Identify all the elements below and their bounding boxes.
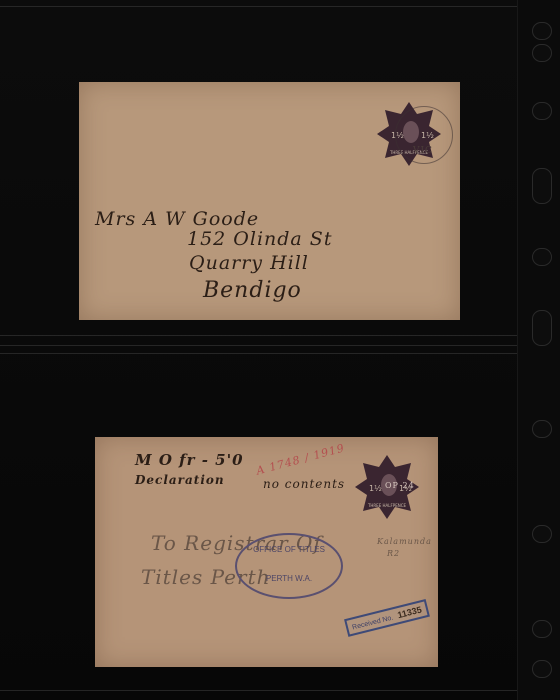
- sleeve-divider: [0, 335, 560, 336]
- registration-label-text: Received No.: [352, 615, 394, 632]
- address-line-3: Quarry Hill: [189, 252, 309, 274]
- registration-number: 11335: [396, 604, 422, 620]
- address-line-2: 152 Olinda St: [187, 228, 332, 250]
- registration-label: Received No. 11335: [344, 599, 429, 637]
- punch-hole: [532, 22, 552, 40]
- punch-hole: [532, 525, 552, 543]
- office-of-titles-handstamp: OFFICE OF TITLES PERTH W.A.: [235, 533, 343, 599]
- envelope-top: 1½ 1½ THREE HALFPENCE VIC Mrs A W Goode …: [79, 82, 460, 320]
- punch-hole: [532, 44, 552, 62]
- note-declaration: Declaration: [135, 473, 225, 487]
- address-line-1: Mrs A W Goode: [95, 208, 259, 230]
- album-page: 1½ 1½ THREE HALFPENCE VIC Mrs A W Goode …: [0, 0, 560, 700]
- svg-text:1½: 1½: [369, 484, 382, 493]
- note-red-reference: A 1748 / 1919: [255, 441, 346, 477]
- sleeve-divider: [0, 353, 560, 354]
- stamp-cancel: OP 24: [385, 481, 415, 490]
- note-money-order: M O fr - 5'0: [135, 451, 244, 469]
- punch-hole: [532, 102, 552, 120]
- address-line-4: Bendigo: [203, 278, 302, 303]
- sleeve-edge: [0, 690, 560, 691]
- punch-hole: [532, 248, 552, 266]
- svg-text:THREE HALFPENCE: THREE HALFPENCE: [367, 503, 407, 508]
- punch-hole: [532, 168, 552, 204]
- sleeve-edge: [0, 6, 560, 7]
- note-no-contents: no contents: [263, 477, 345, 491]
- handstamp-top-text: OFFICE OF TITLES: [237, 545, 341, 554]
- punch-hole: [532, 620, 552, 638]
- punch-hole: [532, 420, 552, 438]
- punch-hole: [532, 660, 552, 678]
- postmark-text: VIC: [413, 146, 433, 156]
- envelope-bottom: 1½ 1½ THREE HALFPENCE OP 24 M O fr - 5'0…: [95, 437, 438, 667]
- pencil-note-2: R2: [387, 549, 400, 558]
- handstamp-bottom-text: PERTH W.A.: [237, 574, 341, 583]
- binder-rail: [517, 0, 560, 700]
- pencil-note-1: Kalamunda: [377, 537, 432, 546]
- punch-hole: [532, 310, 552, 346]
- sleeve-divider: [0, 345, 560, 346]
